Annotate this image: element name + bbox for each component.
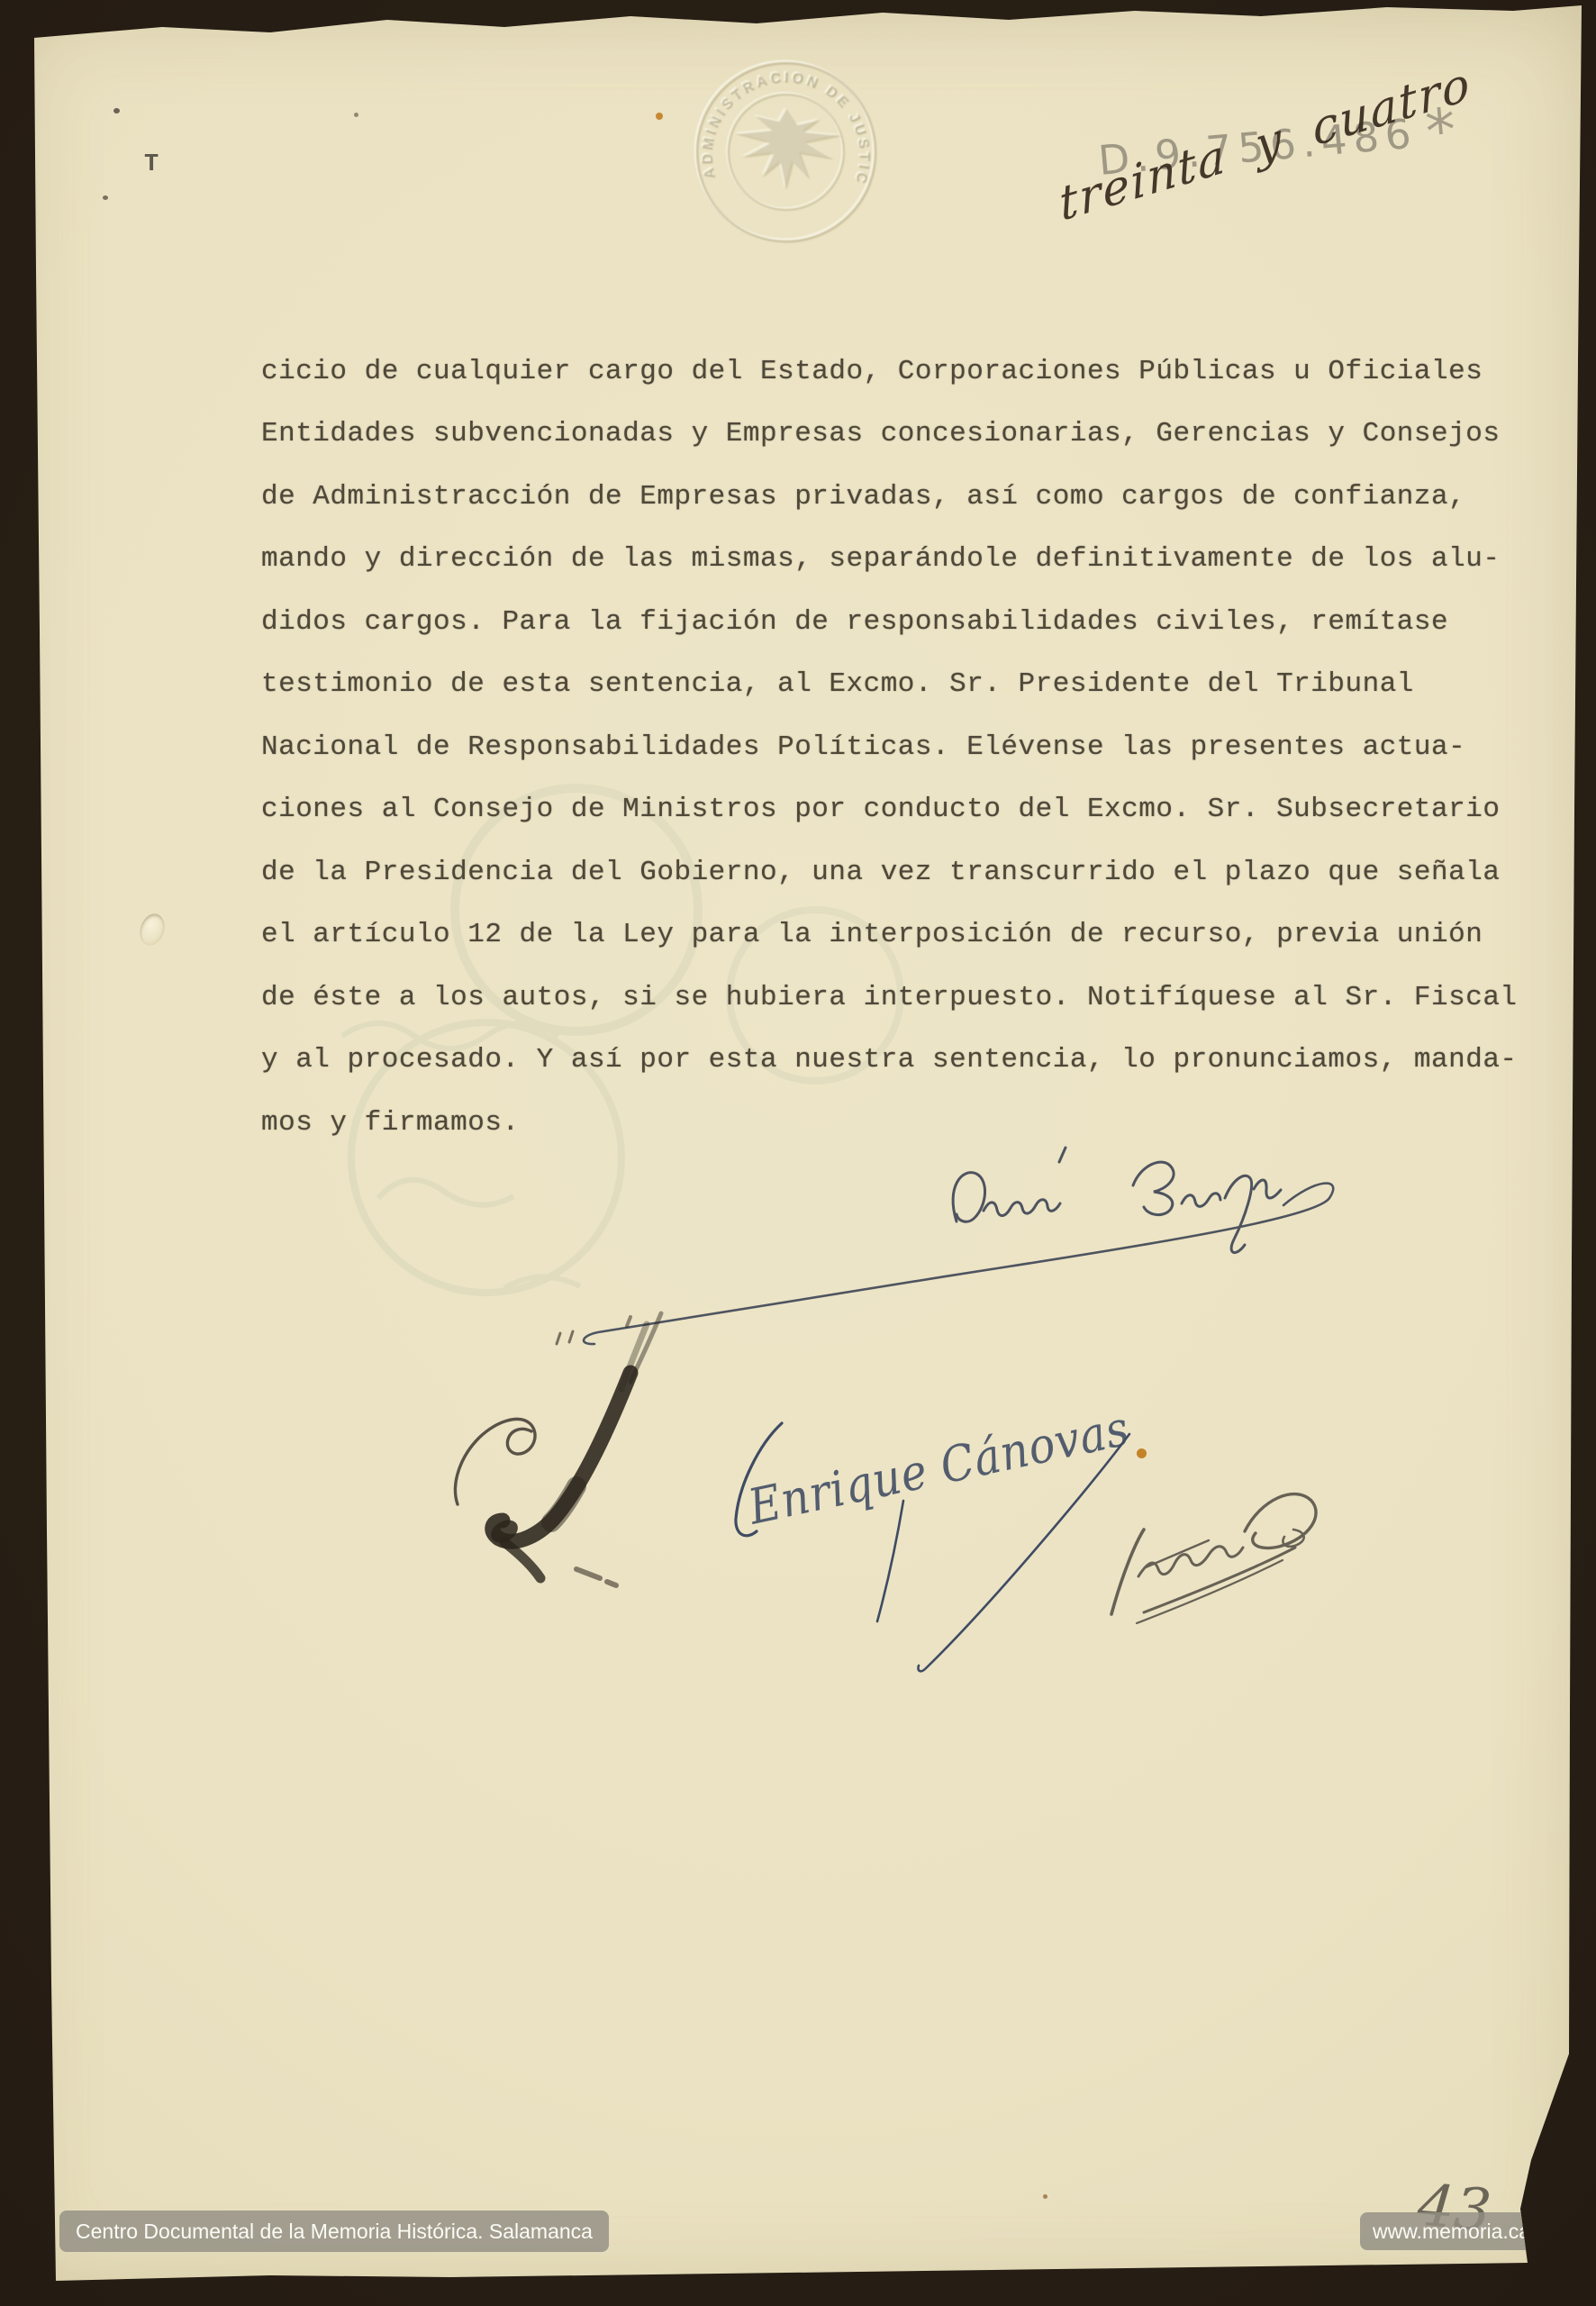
ink-speck bbox=[1043, 2194, 1047, 2199]
typed-line: testimonio de esta sentencia, al Excmo. … bbox=[261, 653, 1563, 716]
typed-line: Nacional de Responsabilidades Políticas.… bbox=[261, 716, 1563, 779]
signature-2-text: Enrique Cánovas bbox=[743, 1400, 1135, 1536]
amber-spot bbox=[1137, 1448, 1147, 1458]
signature-3 bbox=[1111, 1494, 1316, 1623]
typed-line: y al procesado. Y así por esta nuestra s… bbox=[261, 1029, 1563, 1092]
typed-line: de Administracción de Empresas privadas,… bbox=[261, 466, 1563, 529]
typed-text-block: cicio de cualquier cargo del Estado, Cor… bbox=[261, 340, 1563, 1154]
typed-line: el artículo 12 de la Ley para la interpo… bbox=[261, 903, 1563, 967]
document-paper: ADMINISTRACION DE JUSTICIA ADMINISTRACIO… bbox=[0, 0, 1596, 2306]
typed-line: cicio de cualquier cargo del Estado, Cor… bbox=[261, 340, 1563, 404]
ink-blot-spot bbox=[487, 1515, 522, 1547]
typed-line: didos cargos. Para la fijación de respon… bbox=[261, 591, 1563, 654]
embossed-seal: ADMINISTRACION DE JUSTICIA ADMINISTRACIO… bbox=[668, 43, 902, 264]
ink-speck bbox=[103, 195, 108, 200]
typed-line: de éste a los autos, si se hubiera inter… bbox=[261, 967, 1563, 1030]
typed-line: Entidades subvencionadas y Empresas conc… bbox=[261, 403, 1563, 466]
typed-line: ciones al Consejo de Ministros por condu… bbox=[261, 778, 1563, 841]
paper-chip-defect bbox=[136, 911, 168, 949]
typed-line: mos y firmamos. bbox=[261, 1092, 1563, 1155]
typed-line: de la Presidencia del Gobierno, una vez … bbox=[261, 841, 1563, 904]
typed-line: mando y dirección de las mismas, separán… bbox=[261, 528, 1563, 591]
seal-eagle-emblem bbox=[734, 107, 843, 191]
signature-1 bbox=[584, 1148, 1333, 1344]
signature-2 bbox=[736, 1423, 1129, 1671]
stamp-asterisk: * bbox=[1426, 130, 1455, 132]
watermark-archive-credit: Centro Documental de la Memoria Históric… bbox=[59, 2211, 609, 2252]
ink-paraph-blot bbox=[455, 1313, 661, 1585]
ink-speck bbox=[113, 108, 120, 113]
photo-background: ADMINISTRACION DE JUSTICIA ADMINISTRACIO… bbox=[0, 0, 1596, 2306]
ink-speck bbox=[354, 113, 358, 117]
watermark-website: www.memoria.cat bbox=[1360, 2212, 1548, 2250]
typed-t-mark: T bbox=[144, 153, 159, 177]
handwritten-folio-number: treinta y cuatro bbox=[1056, 26, 1581, 232]
amber-spot bbox=[656, 113, 663, 120]
